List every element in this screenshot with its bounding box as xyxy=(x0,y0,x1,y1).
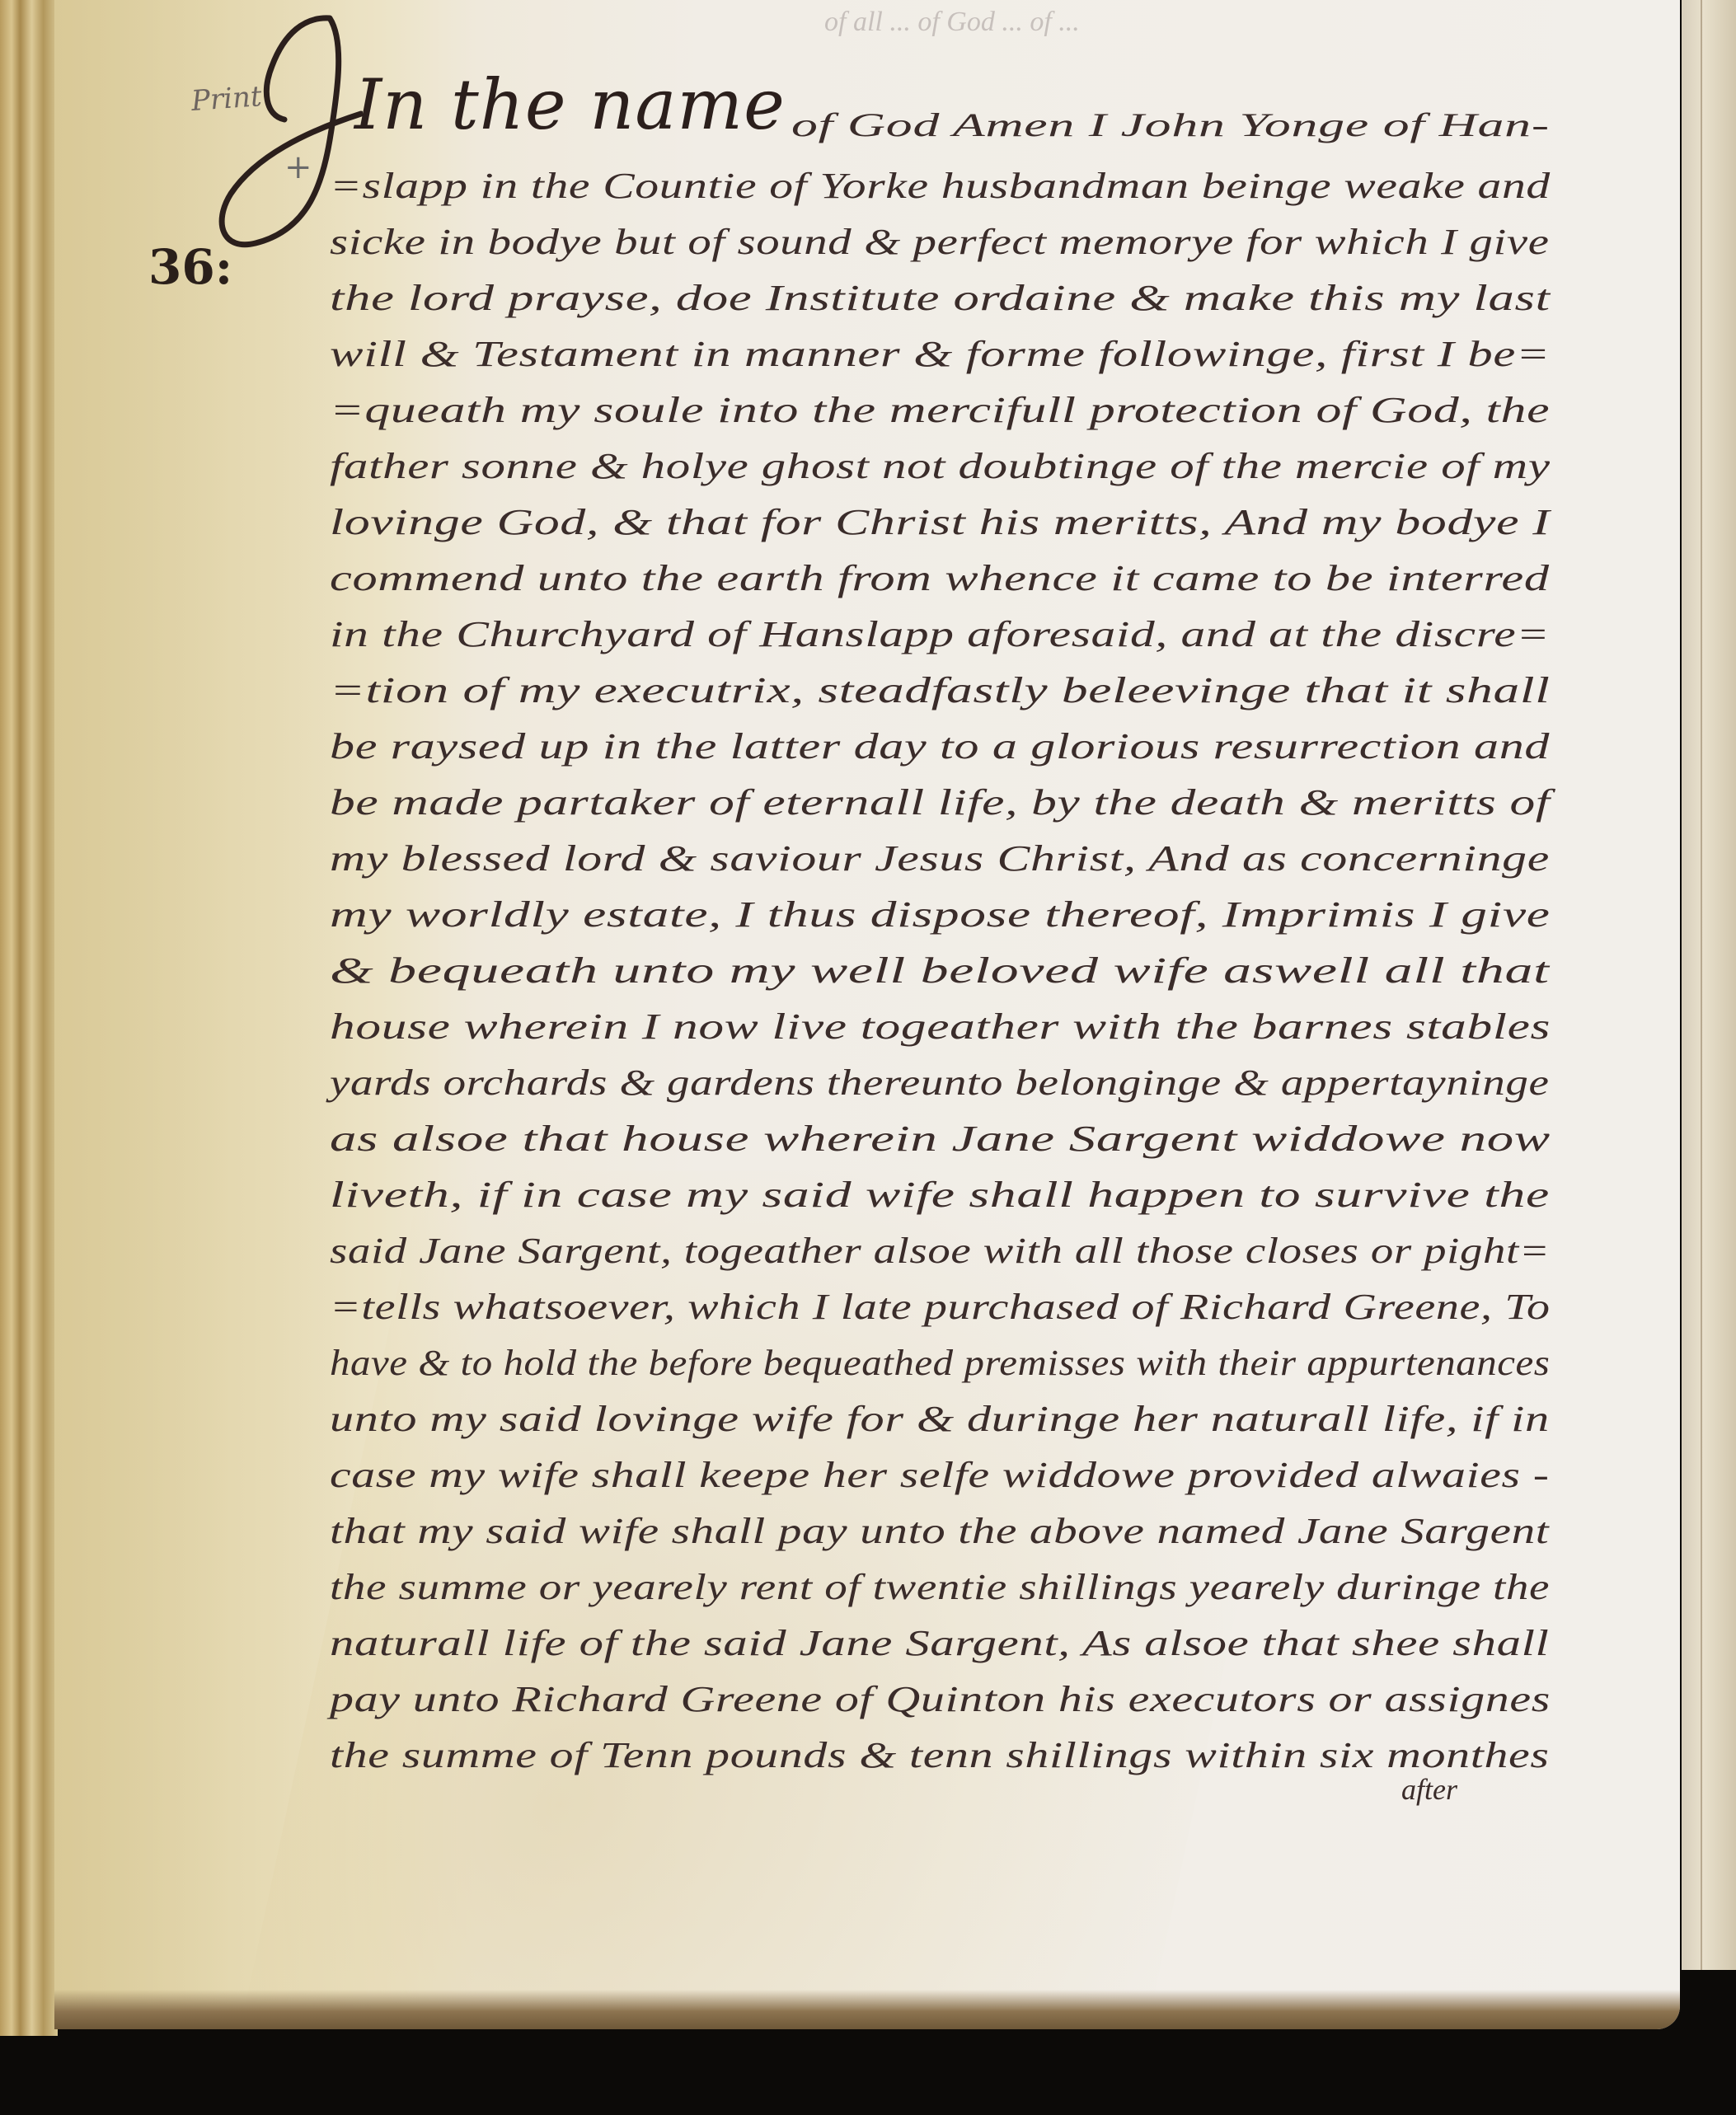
text-line: my blessed lord & saviour Jesus Christ, … xyxy=(330,837,1550,879)
text-line: father sonne & holye ghost not doubtinge… xyxy=(330,445,1551,487)
text-line: of God Amen I John Yonge of Han- xyxy=(791,106,1550,144)
text-line: be raysed up in the latter day to a glor… xyxy=(330,725,1550,767)
text-line: unto my said lovinge wife for & duringe … xyxy=(330,1398,1550,1440)
text-line: liveth, if in case my said wife shall ha… xyxy=(330,1174,1550,1216)
text-line: sicke in bodye but of sound & perfect me… xyxy=(330,221,1550,263)
text-line: case my wife shall keepe her selfe widdo… xyxy=(330,1454,1550,1496)
text-line: =queath my soule into the mercifull prot… xyxy=(330,389,1550,431)
text-line: naturall life of the said Jane Sargent, … xyxy=(330,1622,1550,1664)
catchword: after xyxy=(1401,1772,1457,1807)
text-line: the summe of Tenn pounds & tenn shilling… xyxy=(330,1734,1550,1776)
text-line: be made partaker of eternall life, by th… xyxy=(330,781,1551,823)
manuscript-photograph: of all ... of God ... of ... Print + 36:… xyxy=(0,0,1736,2115)
text-line: that my said wife shall pay unto the abo… xyxy=(330,1510,1549,1552)
text-line: lovinge God, & that for Christ his merit… xyxy=(330,501,1551,543)
text-line: =slapp in the Countie of Yorke husbandma… xyxy=(330,165,1551,207)
text-line: said Jane Sargent, togeather alsoe with … xyxy=(330,1230,1550,1272)
text-line: the lord prayse, doe Institute ordaine &… xyxy=(330,277,1551,319)
text-line: commend unto the earth from whence it ca… xyxy=(330,557,1550,599)
text-line: pay unto Richard Greene of Quinton his e… xyxy=(330,1678,1551,1720)
will-body-text: of God Amen I John Yonge of Han- =slapp … xyxy=(0,0,1736,2115)
text-line: house wherein I now live togeather with … xyxy=(330,1006,1551,1048)
text-line: yards orchards & gardens thereunto belon… xyxy=(330,1062,1549,1104)
text-line: will & Testament in manner & forme follo… xyxy=(330,333,1551,375)
text-line: =tells whatsoever, which I late purchase… xyxy=(330,1286,1551,1328)
text-line: the summe or yearely rent of twentie shi… xyxy=(330,1566,1550,1608)
text-line: in the Churchyard of Hanslapp aforesaid,… xyxy=(330,613,1550,655)
text-line: & bequeath unto my well beloved wife asw… xyxy=(330,950,1550,992)
text-line: as alsoe that house wherein Jane Sargent… xyxy=(330,1118,1551,1160)
text-line: my worldly estate, I thus dispose thereo… xyxy=(330,893,1551,936)
text-line: have & to hold the before bequeathed pre… xyxy=(330,1342,1550,1384)
text-line: =tion of my executrix, steadfastly belee… xyxy=(330,669,1551,711)
